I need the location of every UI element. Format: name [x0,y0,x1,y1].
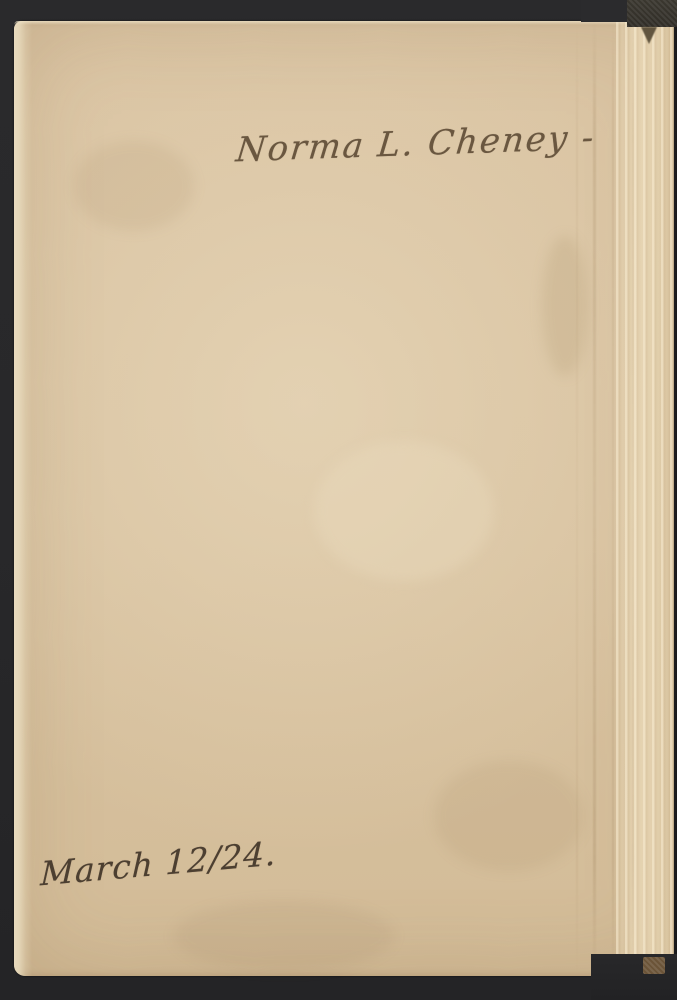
cover-cloth-corner-bottom-right [591,954,677,1000]
page-crease [612,21,614,976]
page-crease [593,21,596,976]
image-right-edge-shadow [673,0,677,1000]
paper-stain [74,141,194,231]
paper-stain [542,236,588,376]
scanned-photo-backdrop: Norma L. Cheney - March 12/24. [0,0,677,1000]
book-fore-edge [616,21,674,976]
paper-stain [174,901,394,971]
cover-cloth-corner-top-right [627,0,677,27]
paper-stain [434,761,584,871]
page-crease [576,21,578,976]
page-crease [632,21,634,976]
paper-highlight [314,441,494,581]
